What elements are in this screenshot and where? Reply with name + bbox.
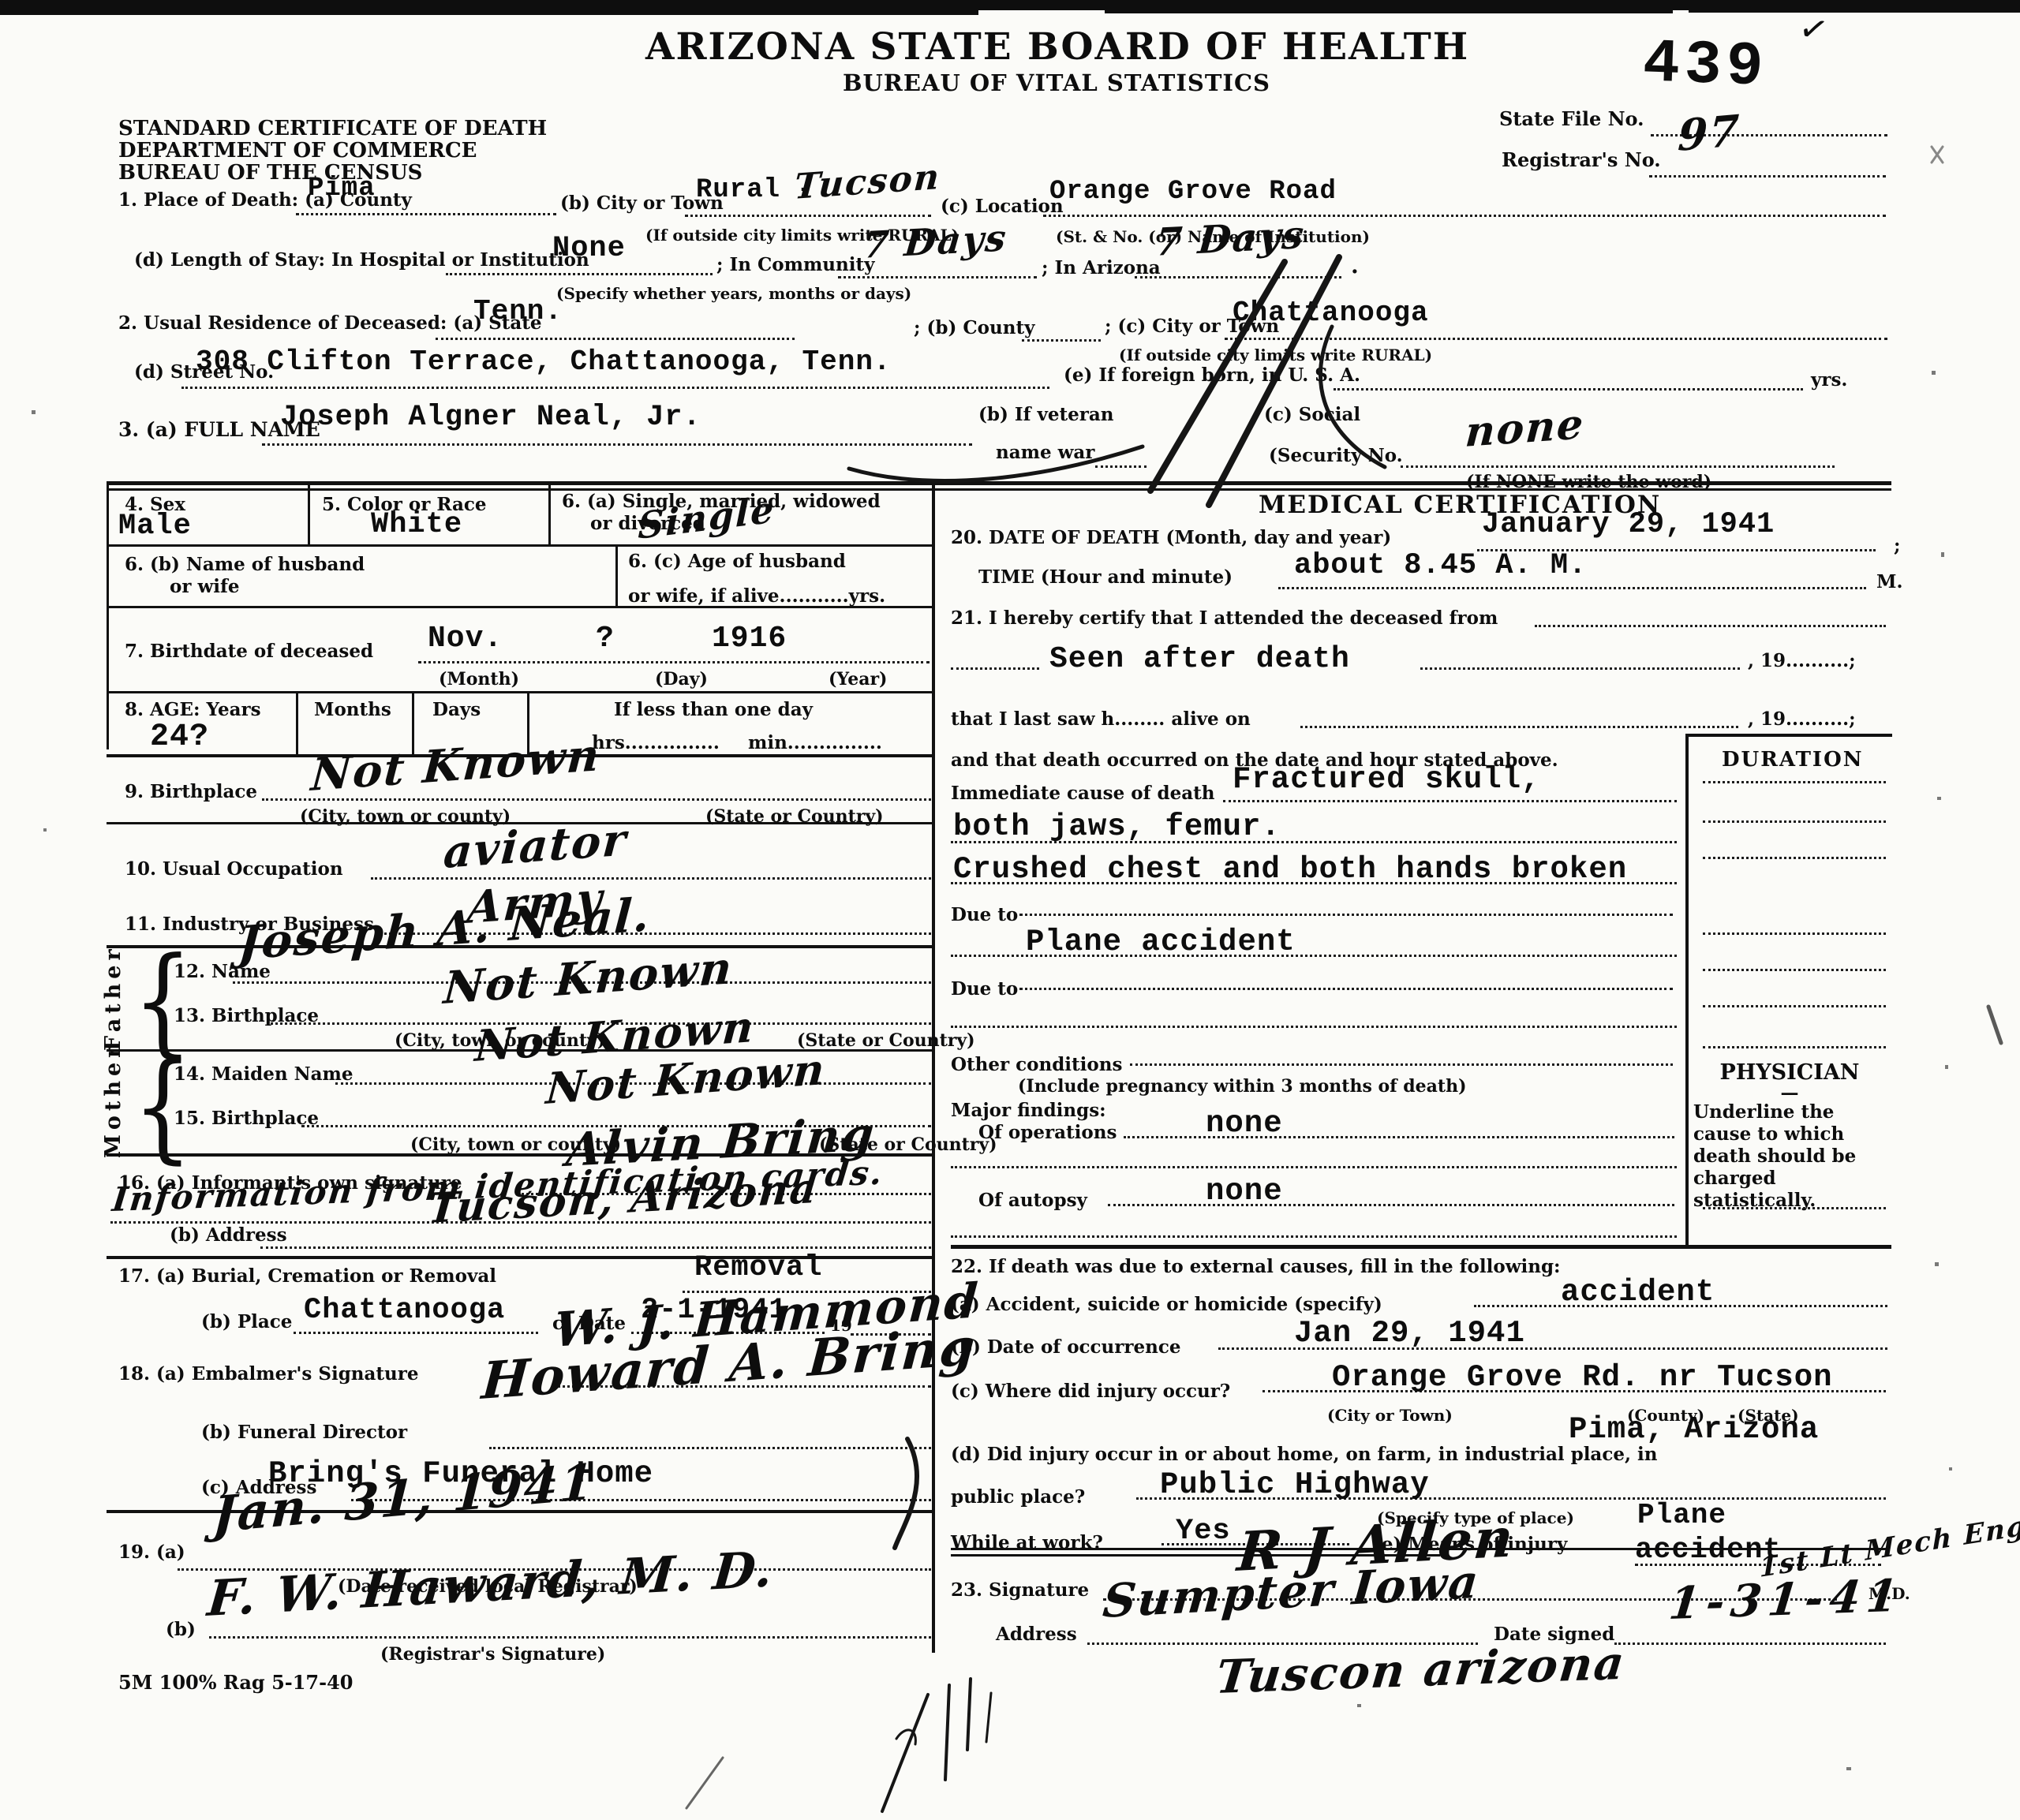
injury-location-label: (c) Where did injury occur? — [951, 1381, 1230, 1402]
social-label-2: (Security No. — [1269, 445, 1403, 466]
dept-line-3: BUREAU OF THE CENSUS — [118, 161, 422, 185]
column-divider — [932, 481, 935, 1653]
dotted-line — [1703, 969, 1886, 971]
dotted-line — [418, 661, 930, 663]
length-of-stay-note: (Specify whether years, months or days) — [556, 284, 911, 303]
dotted-line — [262, 443, 972, 446]
accident-type-label: (a) Accident, suicide or homicide (speci… — [951, 1294, 1382, 1315]
occurrence-date-label: (b) Date of occurrence — [951, 1336, 1181, 1358]
race-value: White — [371, 508, 462, 541]
veteran-label: (b) If veteran — [978, 404, 1114, 425]
birthplace-value: Not Known — [309, 729, 602, 802]
rule-line — [107, 544, 933, 547]
dotted-line — [951, 1026, 1677, 1028]
dotted-line — [1223, 800, 1677, 802]
due-to-label-1: Due to — [951, 904, 1018, 925]
dotted-line — [446, 273, 713, 275]
time-of-death-label: TIME (Hour and minute) — [978, 566, 1233, 588]
dotted-line — [1703, 1005, 1886, 1007]
foreign-born-label: (e) If foreign born, in U. S. A. — [1064, 364, 1360, 386]
veteran-label-2: name war — [996, 442, 1094, 463]
cause-value-3: Crushed chest and both hands broken — [953, 852, 1627, 887]
date-received-label: 19. (a) — [118, 1542, 185, 1563]
dotted-line — [951, 667, 1039, 670]
cell-divider — [308, 481, 310, 544]
form-code: 5M 100% Rag 5-17-40 — [118, 1671, 353, 1694]
year-suffix: , 19..........; — [1748, 650, 1856, 671]
state-file-stamp: 439 — [1642, 29, 1769, 103]
cell-divider — [296, 691, 298, 754]
injury-location-value: Orange Grove Rd. nr Tucson — [1332, 1360, 1833, 1395]
burial-label: 17. (a) Burial, Cremation or Removal — [118, 1265, 496, 1287]
cause-value-2: both jaws, femur. — [953, 809, 1281, 844]
scan-speck — [43, 828, 47, 832]
operations-value: none — [1206, 1106, 1283, 1141]
dotted-line — [294, 1332, 538, 1334]
county-value: Pima — [308, 174, 376, 204]
dotted-line — [1703, 1046, 1886, 1048]
residence-state-value: Tenn. — [473, 295, 563, 327]
dept-line-1: STANDARD CERTIFICATE OF DEATH — [118, 117, 547, 140]
due-to-label-2: Due to — [951, 978, 1018, 1000]
location-value: Orange Grove Road — [1049, 177, 1337, 207]
scan-speck — [1935, 1262, 1939, 1266]
dotted-line — [951, 1235, 1677, 1238]
scan-speck — [1932, 371, 1936, 375]
spouse-age-label: 6. (c) Age of husband — [628, 551, 846, 572]
autopsy-value: none — [1206, 1174, 1283, 1209]
physician-address-label: Address — [996, 1624, 1077, 1645]
age-value: 24? — [150, 719, 209, 755]
spouse-label-2: or wife — [170, 576, 240, 597]
dotted-line — [181, 387, 1049, 389]
dotted-line — [1703, 932, 1886, 935]
residence-city-value: Chattanooga — [1233, 297, 1429, 329]
in-community-value: 7 Days — [862, 216, 1009, 267]
pregnancy-note: (Include pregnancy within 3 months of de… — [1018, 1076, 1467, 1097]
physician-note: Underline the cause to which death shoul… — [1693, 1101, 1892, 1212]
dotted-line — [1130, 1063, 1673, 1066]
dotted-line — [1300, 726, 1738, 728]
dotted-line — [1019, 988, 1673, 990]
dotted-line — [1703, 820, 1886, 823]
injury-place-value-2: Plane — [1637, 1499, 1726, 1531]
scan-speck — [32, 410, 36, 414]
attended-value: Seen after death — [1049, 642, 1350, 676]
scan-noise-bar — [1105, 8, 1673, 13]
burial-place-value: Chattanooga — [304, 1294, 505, 1327]
dotted-line — [296, 213, 556, 215]
year-note: (Year) — [829, 669, 887, 690]
dotted-line — [951, 1166, 1677, 1168]
rule-line — [107, 691, 933, 693]
other-conditions-label: Other conditions — [951, 1054, 1122, 1075]
funeral-director-label: (b) Funeral Director — [201, 1422, 407, 1443]
check-mark-icon: ✓ — [1795, 7, 1832, 53]
birth-day-value: ? — [596, 622, 615, 656]
dotted-line — [1420, 667, 1740, 670]
birthplace-label: 9. Birthplace — [125, 781, 257, 802]
days-label: Days — [432, 699, 481, 720]
dotted-line — [1278, 587, 1866, 589]
hrs-label: hrs............... — [592, 732, 720, 753]
attended-label: 21. I hereby certify that I attended the… — [951, 607, 1498, 629]
dotted-line — [1649, 175, 1886, 178]
in-arizona-value: 7 Days — [1154, 213, 1307, 265]
dotted-line — [436, 338, 795, 340]
registrar-signature: F. W. Haward, M. D. — [205, 1540, 776, 1628]
dotted-line — [1043, 215, 1886, 217]
while-at-work-value: Yes — [1176, 1515, 1231, 1548]
scan-noise-bar — [0, 10, 978, 15]
street-value: 308 Clifton Terrace, Chattanooga, Tenn. — [196, 346, 892, 378]
location-label: (c) Location — [941, 196, 1064, 217]
hospital-stay-value: None — [552, 232, 626, 265]
spouse-age-label-2: or wife, if alive...........yrs. — [628, 585, 885, 607]
dept-line-2: DEPARTMENT OF COMMERCE — [118, 139, 477, 163]
sex-value: Male — [118, 510, 192, 543]
state-file-label: State File No. — [1499, 107, 1644, 130]
mother-side-label: Mother — [101, 1063, 125, 1158]
physician-address-value-2: Tuscon arizona — [1214, 1636, 1628, 1704]
spouse-label: 6. (b) Name of husband — [125, 554, 365, 575]
page-title: ARIZONA STATE BOARD OF HEALTH — [645, 25, 1469, 69]
physician-address-value: Sumpter Iowa — [1101, 1555, 1482, 1628]
cell-divider — [548, 481, 551, 544]
registrar-sig-note: (Registrar's Signature) — [380, 1644, 605, 1665]
scan-speck — [1357, 1704, 1361, 1707]
occurrence-date-value: Jan 29, 1941 — [1294, 1316, 1525, 1351]
rule-line — [951, 1245, 1891, 1249]
date-of-death-value: January 29, 1941 — [1482, 508, 1775, 541]
birthdate-label: 7. Birthdate of deceased — [125, 641, 373, 662]
residence-county-label: ; (b) County — [914, 317, 1034, 338]
cell-divider — [615, 544, 618, 606]
day-note: (Day) — [655, 669, 708, 690]
dotted-line — [1334, 388, 1803, 391]
semicolon-mark: ; — [1894, 535, 1901, 556]
dotted-line — [1225, 338, 1887, 340]
dotted-line — [1019, 914, 1673, 916]
physician-dash: — — [1690, 1082, 1889, 1104]
social-note: (If NONE write the word) — [1466, 472, 1711, 492]
father-birthplace-label: 13. Birthplace — [174, 1005, 319, 1026]
embalmer-label: 18. (a) Embalmer's Signature — [118, 1363, 419, 1385]
last-saw-label: that I last saw h........ alive on — [951, 708, 1251, 730]
dotted-line — [1535, 625, 1886, 627]
dotted-line — [489, 1447, 931, 1449]
birth-month-value: Nov. — [428, 622, 503, 656]
age-label: 8. AGE: Years — [125, 699, 261, 720]
less-than-one-day-label: If less than one day — [614, 699, 813, 720]
dotted-line — [262, 798, 931, 801]
dotted-line — [838, 276, 1037, 278]
birthplace-state-note: (State or Country) — [705, 806, 884, 827]
external-causes-label: 22. If death was due to external causes,… — [951, 1256, 1561, 1277]
dotted-line — [1703, 781, 1886, 783]
months-label: Months — [314, 699, 391, 720]
while-at-work-label: While at work? — [951, 1532, 1103, 1553]
registrar-no-label: Registrar's No. — [1502, 148, 1661, 171]
period-mark: . — [1351, 252, 1359, 278]
informant-address-label: (b) Address — [170, 1224, 287, 1246]
in-community-label: ; In Community — [716, 254, 874, 275]
occupation-label: 10. Usual Occupation — [125, 858, 343, 880]
burial-value: Removal — [694, 1251, 822, 1284]
in-arizona-label: ; In Arizona — [1042, 257, 1161, 278]
birth-year-value: 1916 — [712, 622, 787, 656]
date-signed-value: 1-31-41 — [1666, 1569, 1906, 1630]
duration-label: DURATION — [1722, 748, 1864, 772]
city-value-hand: Tucson — [793, 157, 942, 207]
accident-type-value: accident — [1561, 1275, 1715, 1310]
injury-place-label-2: public place? — [951, 1486, 1085, 1508]
dotted-line — [1108, 1204, 1674, 1206]
dotted-line — [260, 1246, 931, 1249]
length-of-stay-label: (d) Length of Stay: In Hospital or Insti… — [134, 249, 589, 271]
father-side-label: Father — [101, 956, 125, 1051]
scan-speck — [1949, 1467, 1952, 1471]
full-name-value: Joseph Algner Neal, Jr. — [280, 401, 701, 434]
time-m-suffix: M. — [1876, 571, 1902, 592]
dotted-line — [1095, 465, 1147, 468]
page-subtitle: BUREAU OF VITAL STATISTICS — [843, 69, 1270, 96]
scan-speck — [1941, 552, 1944, 557]
dotted-line — [1614, 1642, 1886, 1645]
due-to-value-1: Plane accident — [1026, 925, 1296, 959]
mother-birthplace-label: 15. Birthplace — [174, 1108, 319, 1129]
dotted-line — [1135, 276, 1341, 278]
injury-place-label-1: (d) Did injury occur in or about home, o… — [951, 1444, 1657, 1465]
dotted-line — [1022, 339, 1101, 342]
physician-sig-label: 23. Signature — [951, 1579, 1089, 1601]
dotted-line — [209, 1636, 931, 1639]
burial-place-label: (b) Place — [201, 1311, 292, 1332]
scan-speck — [1937, 797, 1941, 800]
injury-place-value: Public Highway — [1160, 1467, 1430, 1502]
duration-box-left — [1685, 734, 1689, 1248]
social-label: (c) Social — [1264, 404, 1360, 425]
residence-city-note: (If outside city limits write RURAL) — [1119, 346, 1432, 364]
scan-speck — [1945, 1065, 1948, 1069]
cause-value-1: Fractured skull, — [1233, 762, 1540, 797]
yrs-label: yrs. — [1811, 369, 1847, 391]
duration-box-top — [1685, 734, 1892, 737]
physician-label: PHYSICIAN — [1690, 1060, 1889, 1085]
year-suffix: , 19..........; — [1748, 708, 1856, 730]
death-certificate-scan: ARIZONA STATE BOARD OF HEALTH BUREAU OF … — [0, 0, 2020, 1820]
date-of-death-label: 20. DATE OF DEATH (Month, day and year) — [951, 527, 1391, 548]
dotted-line — [685, 215, 931, 217]
injury-county-state-value: Pima, Arizona — [1569, 1412, 1819, 1447]
autopsy-label: Of autopsy — [978, 1190, 1087, 1211]
city-or-town-note: (City or Town) — [1327, 1406, 1453, 1425]
mother-maiden-label: 14. Maiden Name — [174, 1063, 353, 1085]
scan-noise-bar — [1689, 3, 2020, 13]
dotted-line — [1703, 857, 1886, 859]
left-border — [107, 481, 109, 749]
registrar-sig-label: (b) — [166, 1619, 196, 1640]
scan-speck — [1846, 1767, 1851, 1770]
registrar-no-value: 97 — [1677, 105, 1741, 161]
immediate-cause-label: Immediate cause of death — [951, 783, 1214, 804]
social-security-value: none — [1464, 400, 1586, 457]
major-findings-label: Major findings: — [951, 1100, 1106, 1121]
dotted-line — [1401, 465, 1835, 468]
operations-label: Of operations — [978, 1122, 1117, 1143]
min-label: min............... — [748, 732, 882, 753]
month-note: (Month) — [439, 669, 519, 690]
time-of-death-value: about 8.45 A. M. — [1294, 549, 1587, 582]
